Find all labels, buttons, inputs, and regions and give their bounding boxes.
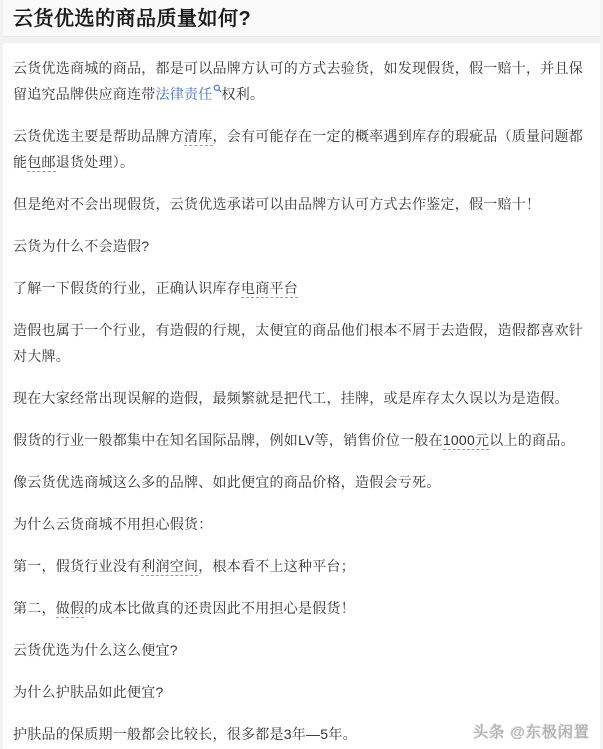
paragraph: 了解一下假货的行业，正确认识库存电商平台 [13,275,590,301]
paragraph: 像云货优选商城这么多的品牌、如此便宜的商品价格，造假会亏死。 [13,469,590,495]
entity-term: 包邮 [27,154,56,172]
article-body: 云货优选商城的商品，都是可以品牌方认可的方式去验货，如发现假货，假一赔十，并且保… [3,43,600,747]
text-segment: 了解一下假货的行业，正确认识库存 [13,280,241,296]
paragraph: 造假也属于一个行业，有造假的行规，太便宜的商品他们根本不屑于去造假，造假都喜欢针… [13,317,590,369]
entity-term: 清库 [184,128,213,146]
paragraph: 但是绝对不会出现假货，云货优选承诺可以由品牌方认可方式去作鉴定，假一赔十！ [13,191,590,217]
text-segment: 云货优选为什么这么便宜? [13,642,178,658]
text-segment: 的成本比做真的还贵因此不用担心是假货！ [84,600,355,616]
paragraph: 假货的行业一般都集中在知名国际品牌，例如LV等，销售价位一般在1000元以上的商… [13,427,590,453]
text-segment: 像云货优选商城这么多的品牌、如此便宜的商品价格，造假会亏死。 [13,474,441,490]
text-segment: 为什么护肤品如此便宜? [13,684,164,700]
article-title: 云货优选的商品质量如何? [13,7,590,31]
entity-term: 做假 [56,600,85,618]
text-segment: 现在大家经常出现误解的造假，最频繁就是把代工，挂牌，或是库存太久误以为是造假。 [13,390,569,406]
paragraph: 云货优选商城的商品，都是可以品牌方认可的方式去验货，如发现假货，假一赔十，并且保… [13,55,590,107]
header-divider [3,36,600,43]
paragraph: 现在大家经常出现误解的造假，最频繁就是把代工，挂牌，或是库存太久误以为是造假。 [13,385,590,411]
paragraph: 云货优选为什么这么便宜? [13,637,590,663]
paragraph: 云货为什么不会造假? [13,233,590,259]
text-segment: 第二， [13,600,56,616]
text-segment: 第一，假货行业没有 [13,558,141,574]
paragraph: 第一，假货行业没有利润空间，根本看不上这种平台； [13,553,590,579]
text-segment: 造假也属于一个行业，有造假的行规，太便宜的商品他们根本不屑于去造假，造假都喜欢针… [13,322,583,364]
entity-term: 1000元 [443,432,489,450]
text-segment: 以上的商品。 [489,432,575,448]
text-segment: 为什么云货商城不用担心假货： [13,516,213,532]
paragraph: 为什么云货商城不用担心假货： [13,511,590,537]
text-segment: 假货的行业一般都集中在知名国际品牌，例如LV等，销售价位一般在 [13,432,443,448]
text-segment: 云货优选主要是帮助品牌方 [13,128,184,144]
entity-term: 利润空间 [141,558,198,576]
inline-entity-link[interactable]: 法律责任 [156,86,213,102]
paragraph: 为什么护肤品如此便宜? [13,679,590,705]
text-segment: ，根本看不上这种平台； [198,558,355,574]
entity-term: 电商平台 [241,280,298,298]
text-segment: 护肤品的保质期一般都会比较长，很多都是3年—5年。 [13,726,357,742]
watermark: 头条 @东极闲置 [473,721,590,742]
text-segment: 权利。 [222,86,265,102]
text-segment: 云货优选商城的商品，都是可以品牌方认可的方式去验货，如发现假货，假一赔十，并且保… [13,60,583,102]
paragraph: 第二，做假的成本比做真的还贵因此不用担心是假货！ [13,595,590,621]
search-icon[interactable] [213,85,222,95]
text-segment: 退货处理）。 [56,154,135,170]
paragraph: 云货优选主要是帮助品牌方清库，会有可能存在一定的概率遇到库存的瑕疵品（质量问题都… [13,123,590,175]
text-segment: 云货为什么不会造假? [13,238,149,254]
article-header: 云货优选的商品质量如何? [3,0,600,36]
text-segment: 但是绝对不会出现假货，云货优选承诺可以由品牌方认可方式去作鉴定，假一赔十！ [13,196,540,212]
